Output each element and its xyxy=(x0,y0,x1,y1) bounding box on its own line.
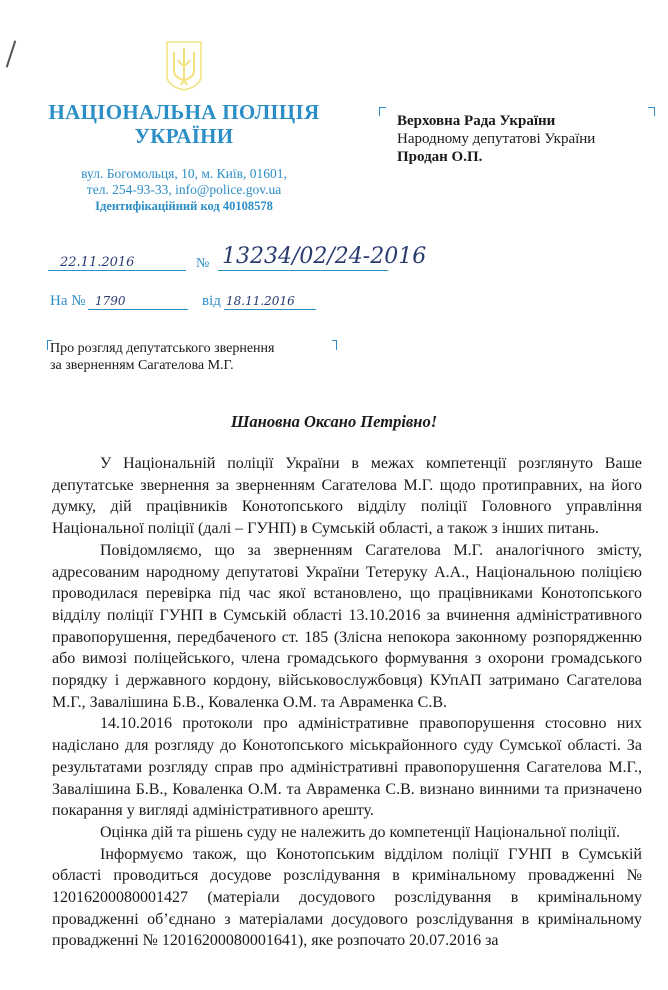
date-underline xyxy=(48,270,186,271)
org-name: НАЦІОНАЛЬНА ПОЛІЦІЯ УКРАЇНИ xyxy=(40,100,328,148)
paragraph: 14.10.2016 протоколи про адміністративне… xyxy=(52,713,642,822)
letter-body: У Національній поліції України в межах к… xyxy=(52,453,642,952)
bracket-mark xyxy=(379,107,386,116)
salutation: Шановна Оксано Петрівно! xyxy=(0,412,668,432)
paragraph: Оцінка дій та рішень суду не належить до… xyxy=(52,822,642,844)
from-underline xyxy=(224,309,316,310)
paragraph: У Національній поліції України в межах к… xyxy=(52,453,642,540)
letter-page: НАЦІОНАЛЬНА ПОЛІЦІЯ УКРАЇНИ вул. Богомол… xyxy=(0,0,668,990)
in-reply-underline xyxy=(88,309,188,310)
paragraph: Інформуємо також, що Конотопським відділ… xyxy=(52,844,642,953)
number-label: № xyxy=(196,256,209,272)
in-reply-label: На № xyxy=(50,293,86,310)
in-reply-date: 18.11.2016 xyxy=(226,294,295,308)
id-code: Ідентифікаційний код 40108578 xyxy=(40,198,328,214)
bracket-mark xyxy=(332,340,337,350)
trident-icon xyxy=(165,40,203,92)
subject-line1: Про розгляд депутатського звернення xyxy=(50,340,274,357)
subject: Про розгляд депутатського звернення за з… xyxy=(50,340,274,374)
recipient-org: Верховна Рада України xyxy=(397,112,637,130)
in-reply-number: 1790 xyxy=(95,294,126,308)
recipient-name: Продан О.П. xyxy=(397,148,637,166)
recipient-block: Верховна Рада України Народному депутато… xyxy=(397,112,637,166)
recipient-role: Народному депутатові України xyxy=(397,130,637,148)
outgoing-date: 22.11.2016 xyxy=(60,255,134,270)
org-name-line1: НАЦІОНАЛЬНА ПОЛІЦІЯ xyxy=(40,100,328,124)
org-address: вул. Богомольця, 10, м. Київ, 01601, тел… xyxy=(40,166,328,214)
contact-line: тел. 254-93-33, info@police.gov.ua xyxy=(40,182,328,198)
outgoing-number: 13234/02/24-2016 xyxy=(222,244,426,269)
subject-line2: за зверненням Сагателова М.Г. xyxy=(50,357,274,374)
address-line: вул. Богомольця, 10, м. Київ, 01601, xyxy=(40,166,328,182)
from-label: від xyxy=(202,293,221,310)
org-name-line2: УКРАЇНИ xyxy=(40,124,328,148)
bracket-mark xyxy=(648,107,655,116)
number-underline xyxy=(218,270,388,271)
paragraph: Повідомляємо, що за зверненням Сагателов… xyxy=(52,540,642,714)
pen-mark xyxy=(6,40,17,67)
